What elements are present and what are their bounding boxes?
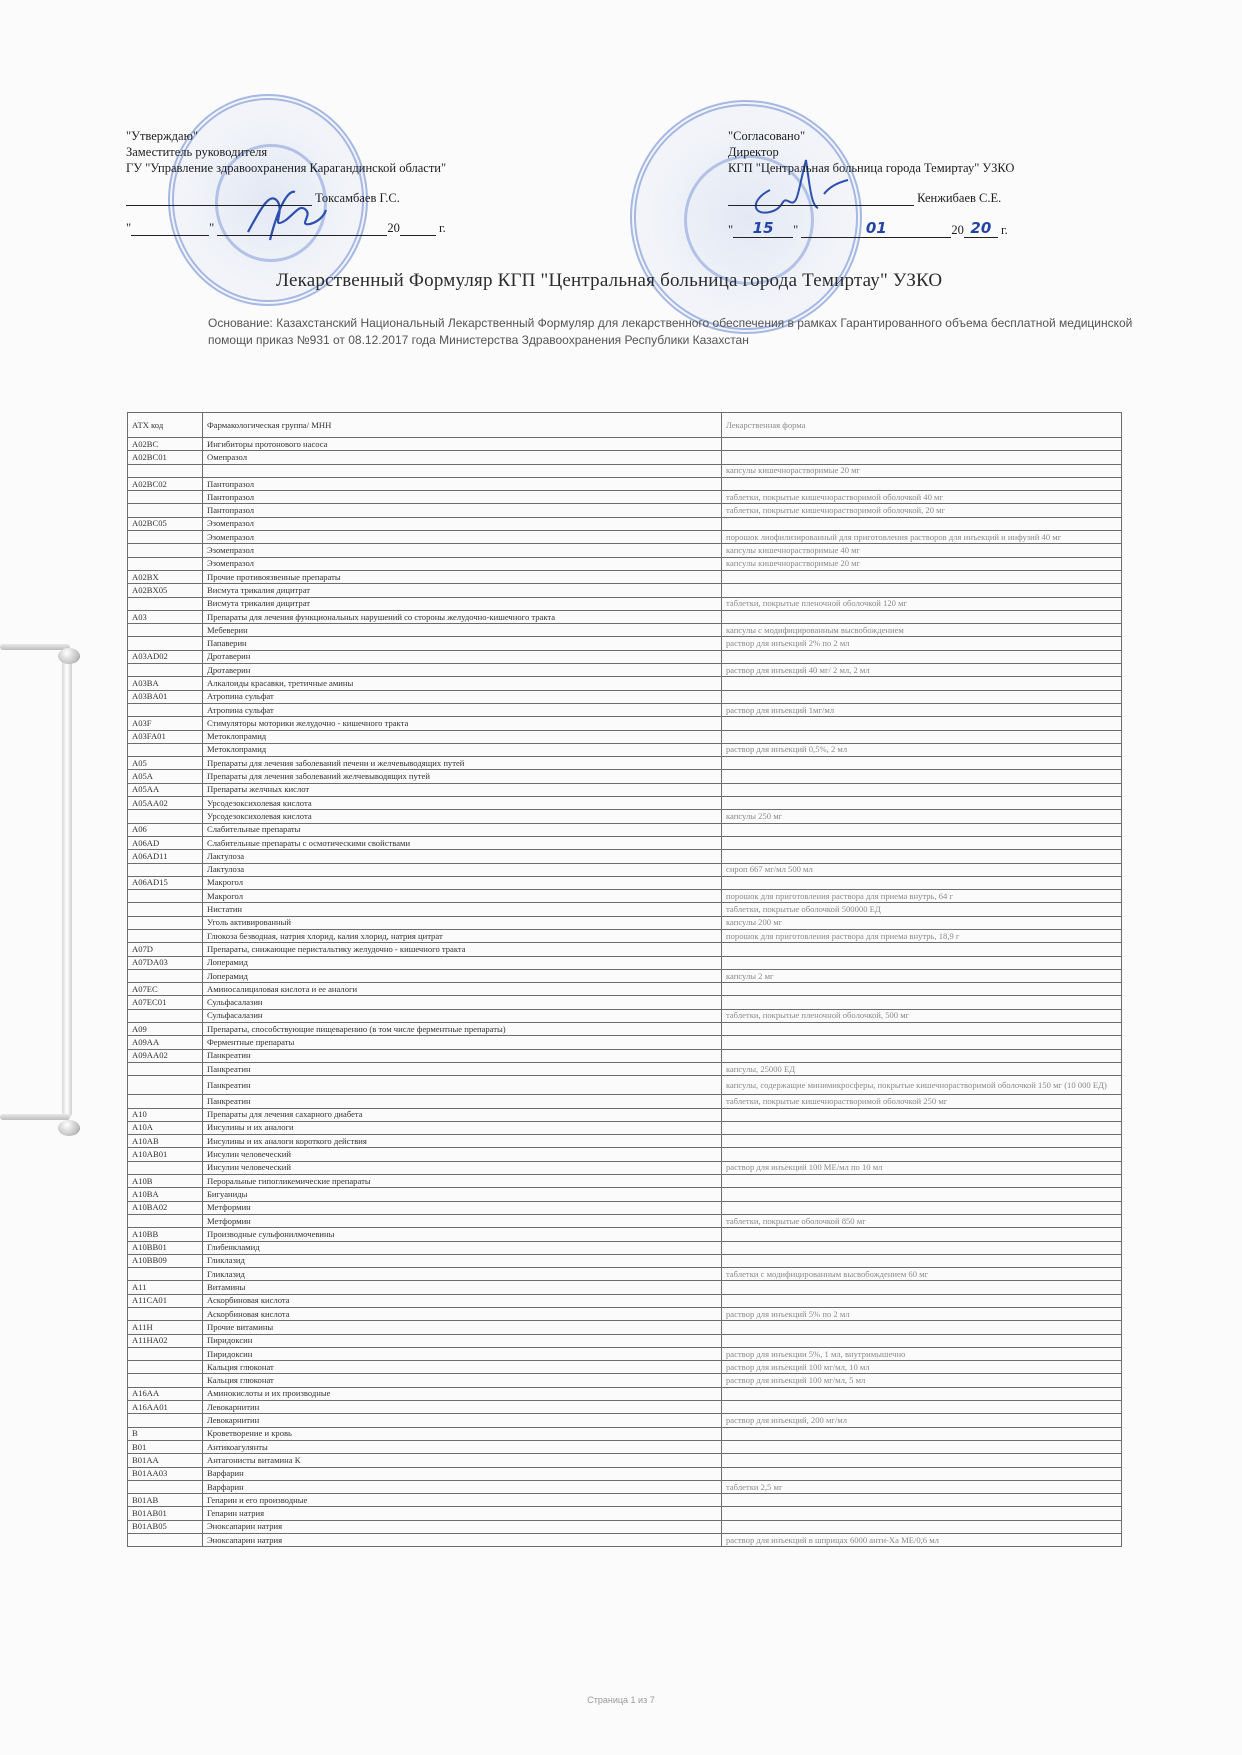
atc-code-cell [128, 544, 203, 557]
table-row: Эноксапарин натрияраствор для инъекций в… [128, 1534, 1122, 1547]
dosage-form-cell: таблетки, покрытые кишечнорастворимой об… [722, 504, 1122, 517]
approval-left-heading: "Утверждаю" [126, 128, 586, 144]
pharm-group-cell: Висмута трикалия дицитрат [203, 597, 722, 610]
dosage-form-cell [722, 1507, 1122, 1520]
approval-left-signature-row: Токсамбаев Г.С. [126, 190, 586, 206]
dosage-form-cell [722, 1049, 1122, 1062]
pharm-group-cell: Производные сульфонилмочевины [203, 1228, 722, 1241]
table-row: A10Препараты для лечения сахарного диабе… [128, 1108, 1122, 1121]
atc-code-cell: A10B [128, 1175, 203, 1188]
table-row: Лактулозасироп 667 мг/мл 500 мл [128, 863, 1122, 876]
table-row: A16AA01Левокарнитин [128, 1401, 1122, 1414]
header-dosage-form: Лекарственная форма [722, 413, 1122, 438]
atc-code-cell: A07D [128, 943, 203, 956]
dosage-form-cell: раствор для инъекции 5%, 1 мл, внутримыш… [722, 1347, 1122, 1360]
pharm-group-cell: Макрогол [203, 890, 722, 903]
table-row: капсулы кишечнорастворимые 20 мг [128, 464, 1122, 477]
pharm-group-cell: Папаверин [203, 637, 722, 650]
dosage-form-cell [722, 650, 1122, 663]
pharm-group-cell: Гепарин и его производные [203, 1494, 722, 1507]
dosage-form-cell [722, 1281, 1122, 1294]
pharm-group-cell: Макрогол [203, 876, 722, 889]
atc-code-cell [128, 1076, 203, 1095]
atc-code-cell: A02BC [128, 438, 203, 451]
table-row: A03AD02Дротаверин [128, 650, 1122, 663]
dosage-form-cell [722, 1023, 1122, 1036]
table-row: Гликлазидтаблетки с модифицированным выс… [128, 1268, 1122, 1281]
dosage-form-cell: таблетки 2,5 мг [722, 1480, 1122, 1493]
atc-code-cell [128, 1308, 203, 1321]
table-row: Левокарнитинраствор для инъекций, 200 мг… [128, 1414, 1122, 1427]
atc-code-cell: A02BC01 [128, 451, 203, 464]
table-row: A10BB09Гликлазид [128, 1254, 1122, 1267]
table-row: Мебеверинкапсулы с модифицированным высв… [128, 624, 1122, 637]
atc-code-cell: A06AD [128, 836, 203, 849]
document-title: Лекарственный Формуляр КГП "Центральная … [276, 270, 1176, 292]
table-row: A09AAФерментные препараты [128, 1036, 1122, 1049]
table-row: A05AAПрепараты желчных кислот [128, 783, 1122, 796]
dosage-form-cell [722, 1401, 1122, 1414]
pharm-group-cell: Лоперамид [203, 956, 722, 969]
dosage-form-cell [722, 797, 1122, 810]
atc-code-cell: A02BC05 [128, 517, 203, 530]
pharm-group-cell: Левокарнитин [203, 1414, 722, 1427]
atc-code-cell: A03BA [128, 677, 203, 690]
dosage-form-cell [722, 730, 1122, 743]
table-row: A02BC05Эзомепразол [128, 517, 1122, 530]
approval-right-date-row: "15" 012020 г. [728, 220, 1108, 238]
table-row: A10ABИнсулины и их аналоги короткого дей… [128, 1135, 1122, 1148]
dosage-form-cell [722, 783, 1122, 796]
dosage-form-cell [722, 876, 1122, 889]
pharm-group-cell: Аскорбиновая кислота [203, 1308, 722, 1321]
pharm-group-cell: Антикоагулянты [203, 1440, 722, 1453]
table-row: Метоклопрамидраствор для инъекций 0,5%, … [128, 743, 1122, 756]
pharm-group-cell: Гликлазид [203, 1254, 722, 1267]
dosage-form-cell: таблетки, покрытые пленочной оболочкой, … [722, 1009, 1122, 1022]
atc-code-cell: A02BC02 [128, 477, 203, 490]
dosage-form-cell [722, 770, 1122, 783]
year-line [400, 235, 436, 236]
dosage-form-cell: капсулы, содержащие минимикросферы, покр… [722, 1076, 1122, 1095]
table-row: Лоперамидкапсулы 2 мг [128, 969, 1122, 982]
pharm-group-cell: Гликлазид [203, 1268, 722, 1281]
dosage-form-cell [722, 477, 1122, 490]
dosage-form-cell [722, 717, 1122, 730]
pharm-group-cell: Лактулоза [203, 863, 722, 876]
atc-code-cell: B01AA03 [128, 1467, 203, 1480]
pharm-group-cell: Глюкоза безводная, натрия хлорид, калия … [203, 929, 722, 942]
approval-right-signature-row: Кенжибаев С.Е. [728, 190, 1108, 206]
dosage-form-cell [722, 1036, 1122, 1049]
pharm-group-cell: Дротаверин [203, 650, 722, 663]
table-row: Уголь активированныйкапсулы 200 мг [128, 916, 1122, 929]
pharm-group-cell: Кальция глюконат [203, 1374, 722, 1387]
atc-code-cell [128, 1414, 203, 1427]
approval-right-organization: КГП "Центральная больница города Темирта… [728, 160, 1108, 176]
approval-right-position: Директор [728, 144, 1108, 160]
dosage-form-cell: капсулы с модифицированным высвобождение… [722, 624, 1122, 637]
dosage-form-cell [722, 836, 1122, 849]
table-row: A07DA03Лоперамид [128, 956, 1122, 969]
pharm-group-cell: Лоперамид [203, 969, 722, 982]
table-row: A10BB01Глибенкламид [128, 1241, 1122, 1254]
dosage-form-cell [722, 570, 1122, 583]
pharm-group-cell: Пиридоксин [203, 1347, 722, 1360]
table-row: Папаверинраствор для инъекций 2% по 2 мл [128, 637, 1122, 650]
table-row: Пантопразолтаблетки, покрытые кишечнорас… [128, 491, 1122, 504]
atc-code-cell: A09 [128, 1023, 203, 1036]
atc-code-cell [128, 1374, 203, 1387]
table-row: Глюкоза безводная, натрия хлорид, калия … [128, 929, 1122, 942]
dosage-form-cell [722, 1467, 1122, 1480]
atc-code-cell: A05AA [128, 783, 203, 796]
dosage-form-cell [722, 1440, 1122, 1453]
dosage-form-cell [722, 996, 1122, 1009]
pharm-group-cell: Эзомепразол [203, 531, 722, 544]
atc-code-cell [128, 531, 203, 544]
atc-code-cell [128, 664, 203, 677]
pharm-group-cell: Урсодезоксихолевая кислота [203, 810, 722, 823]
pharm-group-cell: Омепразол [203, 451, 722, 464]
pharm-group-cell: Панкреатин [203, 1062, 722, 1075]
dosage-form-cell [722, 451, 1122, 464]
dosage-form-cell [722, 1454, 1122, 1467]
dosage-form-cell [722, 1321, 1122, 1334]
pharm-group-cell: Пиридоксин [203, 1334, 722, 1347]
atc-code-cell: A05 [128, 757, 203, 770]
table-row: A02BC02Пантопразол [128, 477, 1122, 490]
month-line: 01 [801, 220, 951, 238]
formulary-table: АТХ код Фармакологическая группа/ МНН Ле… [127, 412, 1122, 1547]
dosage-form-cell: капсулы кишечнорастворимые 20 мг [722, 464, 1122, 477]
dosage-form-cell [722, 850, 1122, 863]
atc-code-cell [128, 1062, 203, 1075]
dosage-form-cell: капсулы кишечнорастворимые 40 мг [722, 544, 1122, 557]
atc-code-cell [128, 743, 203, 756]
dosage-form-cell: таблетки, покрытые оболочкой 500000 ЕД [722, 903, 1122, 916]
pharm-group-cell: Эноксапарин натрия [203, 1534, 722, 1547]
header-pharm-group: Фармакологическая группа/ МНН [203, 413, 722, 438]
table-row: Кальция глюконатраствор для инъекций 100… [128, 1361, 1122, 1374]
dosage-form-cell [722, 690, 1122, 703]
basis-line-2: помощи приказ №931 от 08.12.2017 года Ми… [208, 332, 1168, 349]
month-line [217, 235, 387, 236]
table-row: A03FСтимуляторы моторики желудочно - киш… [128, 717, 1122, 730]
table-row: Панкреатинкапсулы, 25000 ЕД [128, 1062, 1122, 1075]
basis-line-1: Основание: Казахстанский Национальный Ле… [208, 315, 1168, 332]
atc-code-cell: A06 [128, 823, 203, 836]
atc-code-cell [128, 969, 203, 982]
page-number: Страница 1 из 7 [0, 1695, 1242, 1705]
pharm-group-cell: Препараты для лечения функциональных нар… [203, 610, 722, 623]
table-row: Эзомепразолкапсулы кишечнорастворимые 20… [128, 557, 1122, 570]
atc-code-cell [128, 1347, 203, 1360]
table-row: Дротаверинраствор для инъекций 40 мг/ 2 … [128, 664, 1122, 677]
atc-code-cell [128, 1480, 203, 1493]
atc-code-cell [128, 557, 203, 570]
table-row: A02BCИнгибиторы протонового насоса [128, 438, 1122, 451]
atc-code-cell: A11 [128, 1281, 203, 1294]
binder-clip [0, 636, 78, 1136]
table-row: A03BA01Атропина сульфат [128, 690, 1122, 703]
table-row: Эзомепразолкапсулы кишечнорастворимые 40… [128, 544, 1122, 557]
dosage-form-cell: раствор для инъекций 100 МЕ/мл по 10 мл [722, 1161, 1122, 1174]
date-month: 01 [866, 219, 887, 237]
atc-code-cell [128, 1214, 203, 1227]
atc-code-cell: A06AD11 [128, 850, 203, 863]
pharm-group-cell: Панкреатин [203, 1049, 722, 1062]
pharm-group-cell: Сульфасалазин [203, 996, 722, 1009]
atc-code-cell: A07DA03 [128, 956, 203, 969]
atc-code-cell: A06AD15 [128, 876, 203, 889]
table-row: A03Препараты для лечения функциональных … [128, 610, 1122, 623]
atc-code-cell [128, 1268, 203, 1281]
table-row: A11HПрочие витамины [128, 1321, 1122, 1334]
pharm-group-cell: Препараты, снижающие перистальтику желуд… [203, 943, 722, 956]
dosage-form-cell: сироп 667 мг/мл 500 мл [722, 863, 1122, 876]
table-row: A05Препараты для лечения заболеваний печ… [128, 757, 1122, 770]
dosage-form-cell [722, 1427, 1122, 1440]
pharm-group-cell: Алкалоиды красавки, третичные амины [203, 677, 722, 690]
pharm-group-cell: Пантопразол [203, 491, 722, 504]
atc-code-cell [128, 1009, 203, 1022]
binder-knob-bottom [58, 1120, 80, 1136]
atc-code-cell [128, 1095, 203, 1108]
atc-code-cell: A03FA01 [128, 730, 203, 743]
pharm-group-cell: Пантопразол [203, 477, 722, 490]
pharm-group-cell: Эзомепразол [203, 517, 722, 530]
pharm-group-cell: Висмута трикалия дицитрат [203, 584, 722, 597]
dosage-form-cell: раствор для инъекций 100 мг/мл, 5 мл [722, 1374, 1122, 1387]
atc-code-cell: B01 [128, 1440, 203, 1453]
dosage-form-cell [722, 1241, 1122, 1254]
atc-code-cell: B01AA [128, 1454, 203, 1467]
atc-code-cell: A16AA [128, 1387, 203, 1400]
table-row: A05AA02Урсодезоксихолевая кислота [128, 797, 1122, 810]
table-row: Пантопразолтаблетки, покрытые кишечнорас… [128, 504, 1122, 517]
table-row: Панкреатинкапсулы, содержащие минимикрос… [128, 1076, 1122, 1095]
table-row: BКроветворение и кровь [128, 1427, 1122, 1440]
table-row: A02BX05Висмута трикалия дицитрат [128, 584, 1122, 597]
dosage-form-cell [722, 1188, 1122, 1201]
table-row: A10AИнсулины и их аналоги [128, 1121, 1122, 1134]
atc-code-cell [128, 863, 203, 876]
table-row: A10BBПроизводные сульфонилмочевины [128, 1228, 1122, 1241]
pharm-group-cell: Уголь активированный [203, 916, 722, 929]
date-quote: " [126, 221, 131, 235]
table-row: Атропина сульфатраствор для инъекций 1мг… [128, 703, 1122, 716]
atc-code-cell: B01AB01 [128, 1507, 203, 1520]
pharm-group-cell: Препараты для лечения заболеваний желчев… [203, 770, 722, 783]
binder-bar-bottom [0, 1114, 70, 1120]
atc-code-cell: A05A [128, 770, 203, 783]
table-row: B01AAАнтагонисты витамина К [128, 1454, 1122, 1467]
pharm-group-cell: Прочие витамины [203, 1321, 722, 1334]
header-atc-code: АТХ код [128, 413, 203, 438]
table-row: Урсодезоксихолевая кислотакапсулы 250 мг [128, 810, 1122, 823]
table-row: A06AD15Макрогол [128, 876, 1122, 889]
dosage-form-cell: раствор для инъекций в шприцах 6000 анти… [722, 1534, 1122, 1547]
dosage-form-cell: раствор для инъекций 2% по 2 мл [722, 637, 1122, 650]
pharm-group-cell: Препараты, способствующие пищеварению (в… [203, 1023, 722, 1036]
table-row: B01AA03Варфарин [128, 1467, 1122, 1480]
atc-code-cell: A09AA02 [128, 1049, 203, 1062]
atc-code-cell: A05AA02 [128, 797, 203, 810]
table-row: A16AAАминокислоты и их производные [128, 1387, 1122, 1400]
table-body: A02BCИнгибиторы протонового насосаA02BC0… [128, 438, 1122, 1547]
pharm-group-cell: Панкреатин [203, 1076, 722, 1095]
table-row: A03BAАлкалоиды красавки, третичные амины [128, 677, 1122, 690]
pharm-group-cell: Препараты желчных кислот [203, 783, 722, 796]
dosage-form-cell: таблетки, покрытые кишечнорастворимой об… [722, 491, 1122, 504]
dosage-form-cell: таблетки с модифицированным высвобождени… [722, 1268, 1122, 1281]
pharm-group-cell: Аскорбиновая кислота [203, 1294, 722, 1307]
table-row: A06Слабительные препараты [128, 823, 1122, 836]
pharm-group-cell: Сульфасалазин [203, 1009, 722, 1022]
atc-code-cell: A07EC [128, 983, 203, 996]
atc-code-cell [128, 1161, 203, 1174]
dosage-form-cell [722, 1520, 1122, 1533]
atc-code-cell [128, 916, 203, 929]
pharm-group-cell: Слабительные препараты с осмотическими с… [203, 836, 722, 849]
table-row: B01AB01Гепарин натрия [128, 1507, 1122, 1520]
pharm-group-cell: Дротаверин [203, 664, 722, 677]
pharm-group-cell: Панкреатин [203, 1095, 722, 1108]
pharm-group-cell: Метоклопрамид [203, 743, 722, 756]
table-row: B01AB05Эноксапарин натрия [128, 1520, 1122, 1533]
dosage-form-cell: порошок для приготовления раствора для п… [722, 890, 1122, 903]
pharm-group-cell: Кальция глюконат [203, 1361, 722, 1374]
dosage-form-cell: капсулы, 25000 ЕД [722, 1062, 1122, 1075]
atc-code-cell [128, 703, 203, 716]
dosage-form-cell [722, 983, 1122, 996]
pharm-group-cell: Гепарин натрия [203, 1507, 722, 1520]
pharm-group-cell: Нистатин [203, 903, 722, 916]
table-row: Эзомепразолпорошок лиофилизированный для… [128, 531, 1122, 544]
dosage-form-cell [722, 1121, 1122, 1134]
atc-code-cell: A10BA [128, 1188, 203, 1201]
binder-rod [62, 648, 72, 1118]
table-row: Пиридоксинраствор для инъекции 5%, 1 мл,… [128, 1347, 1122, 1360]
approval-right-heading: "Согласовано" [728, 128, 1108, 144]
pharm-group-cell: Аминосалициловая кислота и ее аналоги [203, 983, 722, 996]
pharm-group-cell: Эзомепразол [203, 557, 722, 570]
dosage-form-cell: порошок лиофилизированный для приготовле… [722, 531, 1122, 544]
dosage-form-cell [722, 438, 1122, 451]
pharm-group-cell: Кроветворение и кровь [203, 1427, 722, 1440]
table-row: B01Антикоагулянты [128, 1440, 1122, 1453]
dosage-form-cell: раствор для инъекций 5% по 2 мл [722, 1308, 1122, 1321]
atc-code-cell: A02BX [128, 570, 203, 583]
atc-code-cell: B01AB [128, 1494, 203, 1507]
atc-code-cell: A10BA02 [128, 1201, 203, 1214]
pharm-group-cell: Препараты для лечения заболеваний печени… [203, 757, 722, 770]
dosage-form-cell [722, 943, 1122, 956]
pharm-group-cell: Слабительные препараты [203, 823, 722, 836]
pharm-group-cell: Препараты для лечения сахарного диабета [203, 1108, 722, 1121]
atc-code-cell [128, 890, 203, 903]
atc-code-cell: A10 [128, 1108, 203, 1121]
table-row: A07EC01Сульфасалазин [128, 996, 1122, 1009]
table-header-row: АТХ код Фармакологическая группа/ МНН Ле… [128, 413, 1122, 438]
table-row: A10BПероральные гипогликемические препар… [128, 1175, 1122, 1188]
pharm-group-cell: Эноксапарин натрия [203, 1520, 722, 1533]
dosage-form-cell [722, 677, 1122, 690]
dosage-form-cell: капсулы кишечнорастворимые 20 мг [722, 557, 1122, 570]
atc-code-cell: B01AB05 [128, 1520, 203, 1533]
table-row: A05AПрепараты для лечения заболеваний же… [128, 770, 1122, 783]
dosage-form-cell: раствор для инъекций 1мг/мл [722, 703, 1122, 716]
atc-code-cell [128, 624, 203, 637]
table-row: B01ABГепарин и его производные [128, 1494, 1122, 1507]
pharm-group-cell: Аминокислоты и их производные [203, 1387, 722, 1400]
dosage-form-cell [722, 1175, 1122, 1188]
atc-code-cell [128, 637, 203, 650]
dosage-form-cell [722, 1108, 1122, 1121]
pharm-group-cell: Инсулин человеческий [203, 1148, 722, 1161]
pharm-group-cell: Глибенкламид [203, 1241, 722, 1254]
dosage-form-cell [722, 956, 1122, 969]
dosage-form-cell [722, 1387, 1122, 1400]
pharm-group-cell: Пантопразол [203, 504, 722, 517]
dosage-form-cell [722, 1135, 1122, 1148]
dosage-form-cell: капсулы 2 мг [722, 969, 1122, 982]
table-row: Панкреатинтаблетки, покрытые кишечнораст… [128, 1095, 1122, 1108]
atc-code-cell: A10A [128, 1121, 203, 1134]
dosage-form-cell [722, 584, 1122, 597]
date-day: 15 [753, 219, 774, 237]
pharm-group-cell: Антагонисты витамина К [203, 1454, 722, 1467]
approval-block-left: "Утверждаю" Заместитель руководителя ГУ … [126, 128, 586, 236]
pharm-group-cell: Метформин [203, 1201, 722, 1214]
approval-left-position: Заместитель руководителя [126, 144, 586, 160]
dosage-form-cell [722, 1254, 1122, 1267]
pharm-group-cell: Стимуляторы моторики желудочно - кишечно… [203, 717, 722, 730]
atc-code-cell: A10AB [128, 1135, 203, 1148]
atc-code-cell [128, 810, 203, 823]
pharm-group-cell: Ингибиторы протонового насоса [203, 438, 722, 451]
pharm-group-cell: Витамины [203, 1281, 722, 1294]
pharm-group-cell: Инсулин человеческий [203, 1161, 722, 1174]
pharm-group-cell: Пероральные гипогликемические препараты [203, 1175, 722, 1188]
approval-right-signatory: Кенжибаев С.Е. [917, 191, 1001, 205]
atc-code-cell: A10BB [128, 1228, 203, 1241]
date-quote: " [209, 221, 214, 235]
dosage-form-cell: раствор для инъекций 0,5%, 2 мл [722, 743, 1122, 756]
atc-code-cell: A10AB01 [128, 1148, 203, 1161]
atc-code-cell: A10BB01 [128, 1241, 203, 1254]
table-row: A06AD11Лактулоза [128, 850, 1122, 863]
pharm-group-cell: Метоклопрамид [203, 730, 722, 743]
approval-block-right: "Согласовано" Директор КГП "Центральная … [728, 128, 1108, 238]
table-row: Макроголпорошок для приготовления раство… [128, 890, 1122, 903]
table-row: Варфаринтаблетки 2,5 мг [128, 1480, 1122, 1493]
pharm-group-cell: Бигуаниды [203, 1188, 722, 1201]
dosage-form-cell [722, 610, 1122, 623]
table-row: Кальция глюконатраствор для инъекций 100… [128, 1374, 1122, 1387]
atc-code-cell: A03 [128, 610, 203, 623]
pharm-group-cell: Инсулины и их аналоги [203, 1121, 722, 1134]
dosage-form-cell [722, 1494, 1122, 1507]
day-line: 15 [733, 220, 793, 238]
table-row: A10AB01Инсулин человеческий [128, 1148, 1122, 1161]
atc-code-cell: A03BA01 [128, 690, 203, 703]
atc-code-cell: A03AD02 [128, 650, 203, 663]
binder-bar-top [0, 644, 70, 650]
approval-left-signatory: Токсамбаев Г.С. [315, 191, 400, 205]
pharm-group-cell: Лактулоза [203, 850, 722, 863]
